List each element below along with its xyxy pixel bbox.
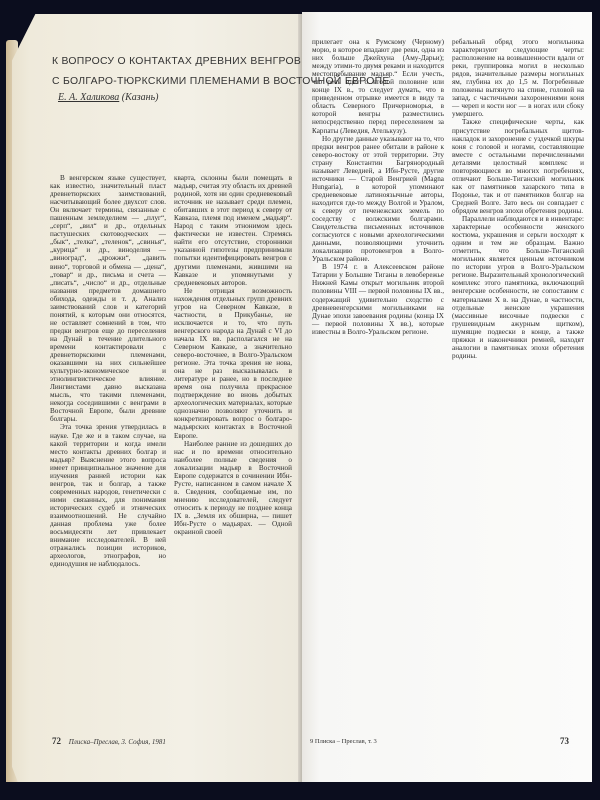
article-author: Е. А. Халикова (Казань) [58,92,158,103]
journal-citation: Плиска–Преслав, 3. София, 1981 [69,738,166,746]
title-line-1: К ВОПРОСУ О КОНТАКТАХ ДРЕВНИХ ВЕНГРОВ [52,52,302,72]
right-page-column-1: прилегает она к Румскому (Черному) морю,… [312,38,444,718]
paragraph: Также специфические черты, как присутств… [452,118,584,215]
book-spread: К ВОПРОСУ О КОНТАКТАХ ДРЕВНИХ ВЕНГРОВ С … [0,0,600,800]
paragraph: ребальный обряд этого могильника характе… [452,38,584,118]
left-page-column-2: кварта, склонны были помещать в мадьяр, … [174,174,292,714]
right-page-column-2: ребальный обряд этого могильника характе… [452,38,584,718]
paragraph: В 1974 г. в Алексеевском районе Татарии … [312,263,444,335]
paragraph: Эта точка зрения утвердилась в науке. Гд… [50,423,166,568]
paragraph: В венгерском языке существует, как извес… [50,174,166,423]
author-name: Е. А. Халикова [58,92,119,103]
left-page-footer: 72 Плиска–Преслав, 3. София, 1981 [52,736,166,746]
page-number-right: 73 [560,736,569,746]
paragraph: кварта, склонны были помещать в мадьяр, … [174,174,292,287]
paragraph: Но другие данные указывают на то, что пр… [312,135,444,264]
paragraph: Не отрицая возможность нахождения отдель… [174,287,292,440]
paragraph: прилегает она к Румскому (Черному) морю,… [312,38,444,135]
background-surface [0,782,600,800]
page-number-left: 72 [52,736,61,746]
right-page-signature: 9 Плиска – Преслав, т. 3 [310,738,377,745]
title-line-2: С БОЛГАРО-ТЮРКСКИМИ ПЛЕМЕНАМИ В ВОСТОЧНО… [52,72,302,92]
left-page-column-1: В венгерском языке существует, как извес… [50,174,166,714]
author-affiliation: (Казань) [122,92,159,103]
paragraph: Параллели наблюдаются и в инвентаре: хар… [452,215,584,360]
paragraph: Наиболее ранние из дошедших до нас и по … [174,440,292,537]
article-title: К ВОПРОСУ О КОНТАКТАХ ДРЕВНИХ ВЕНГРОВ С … [52,52,302,92]
